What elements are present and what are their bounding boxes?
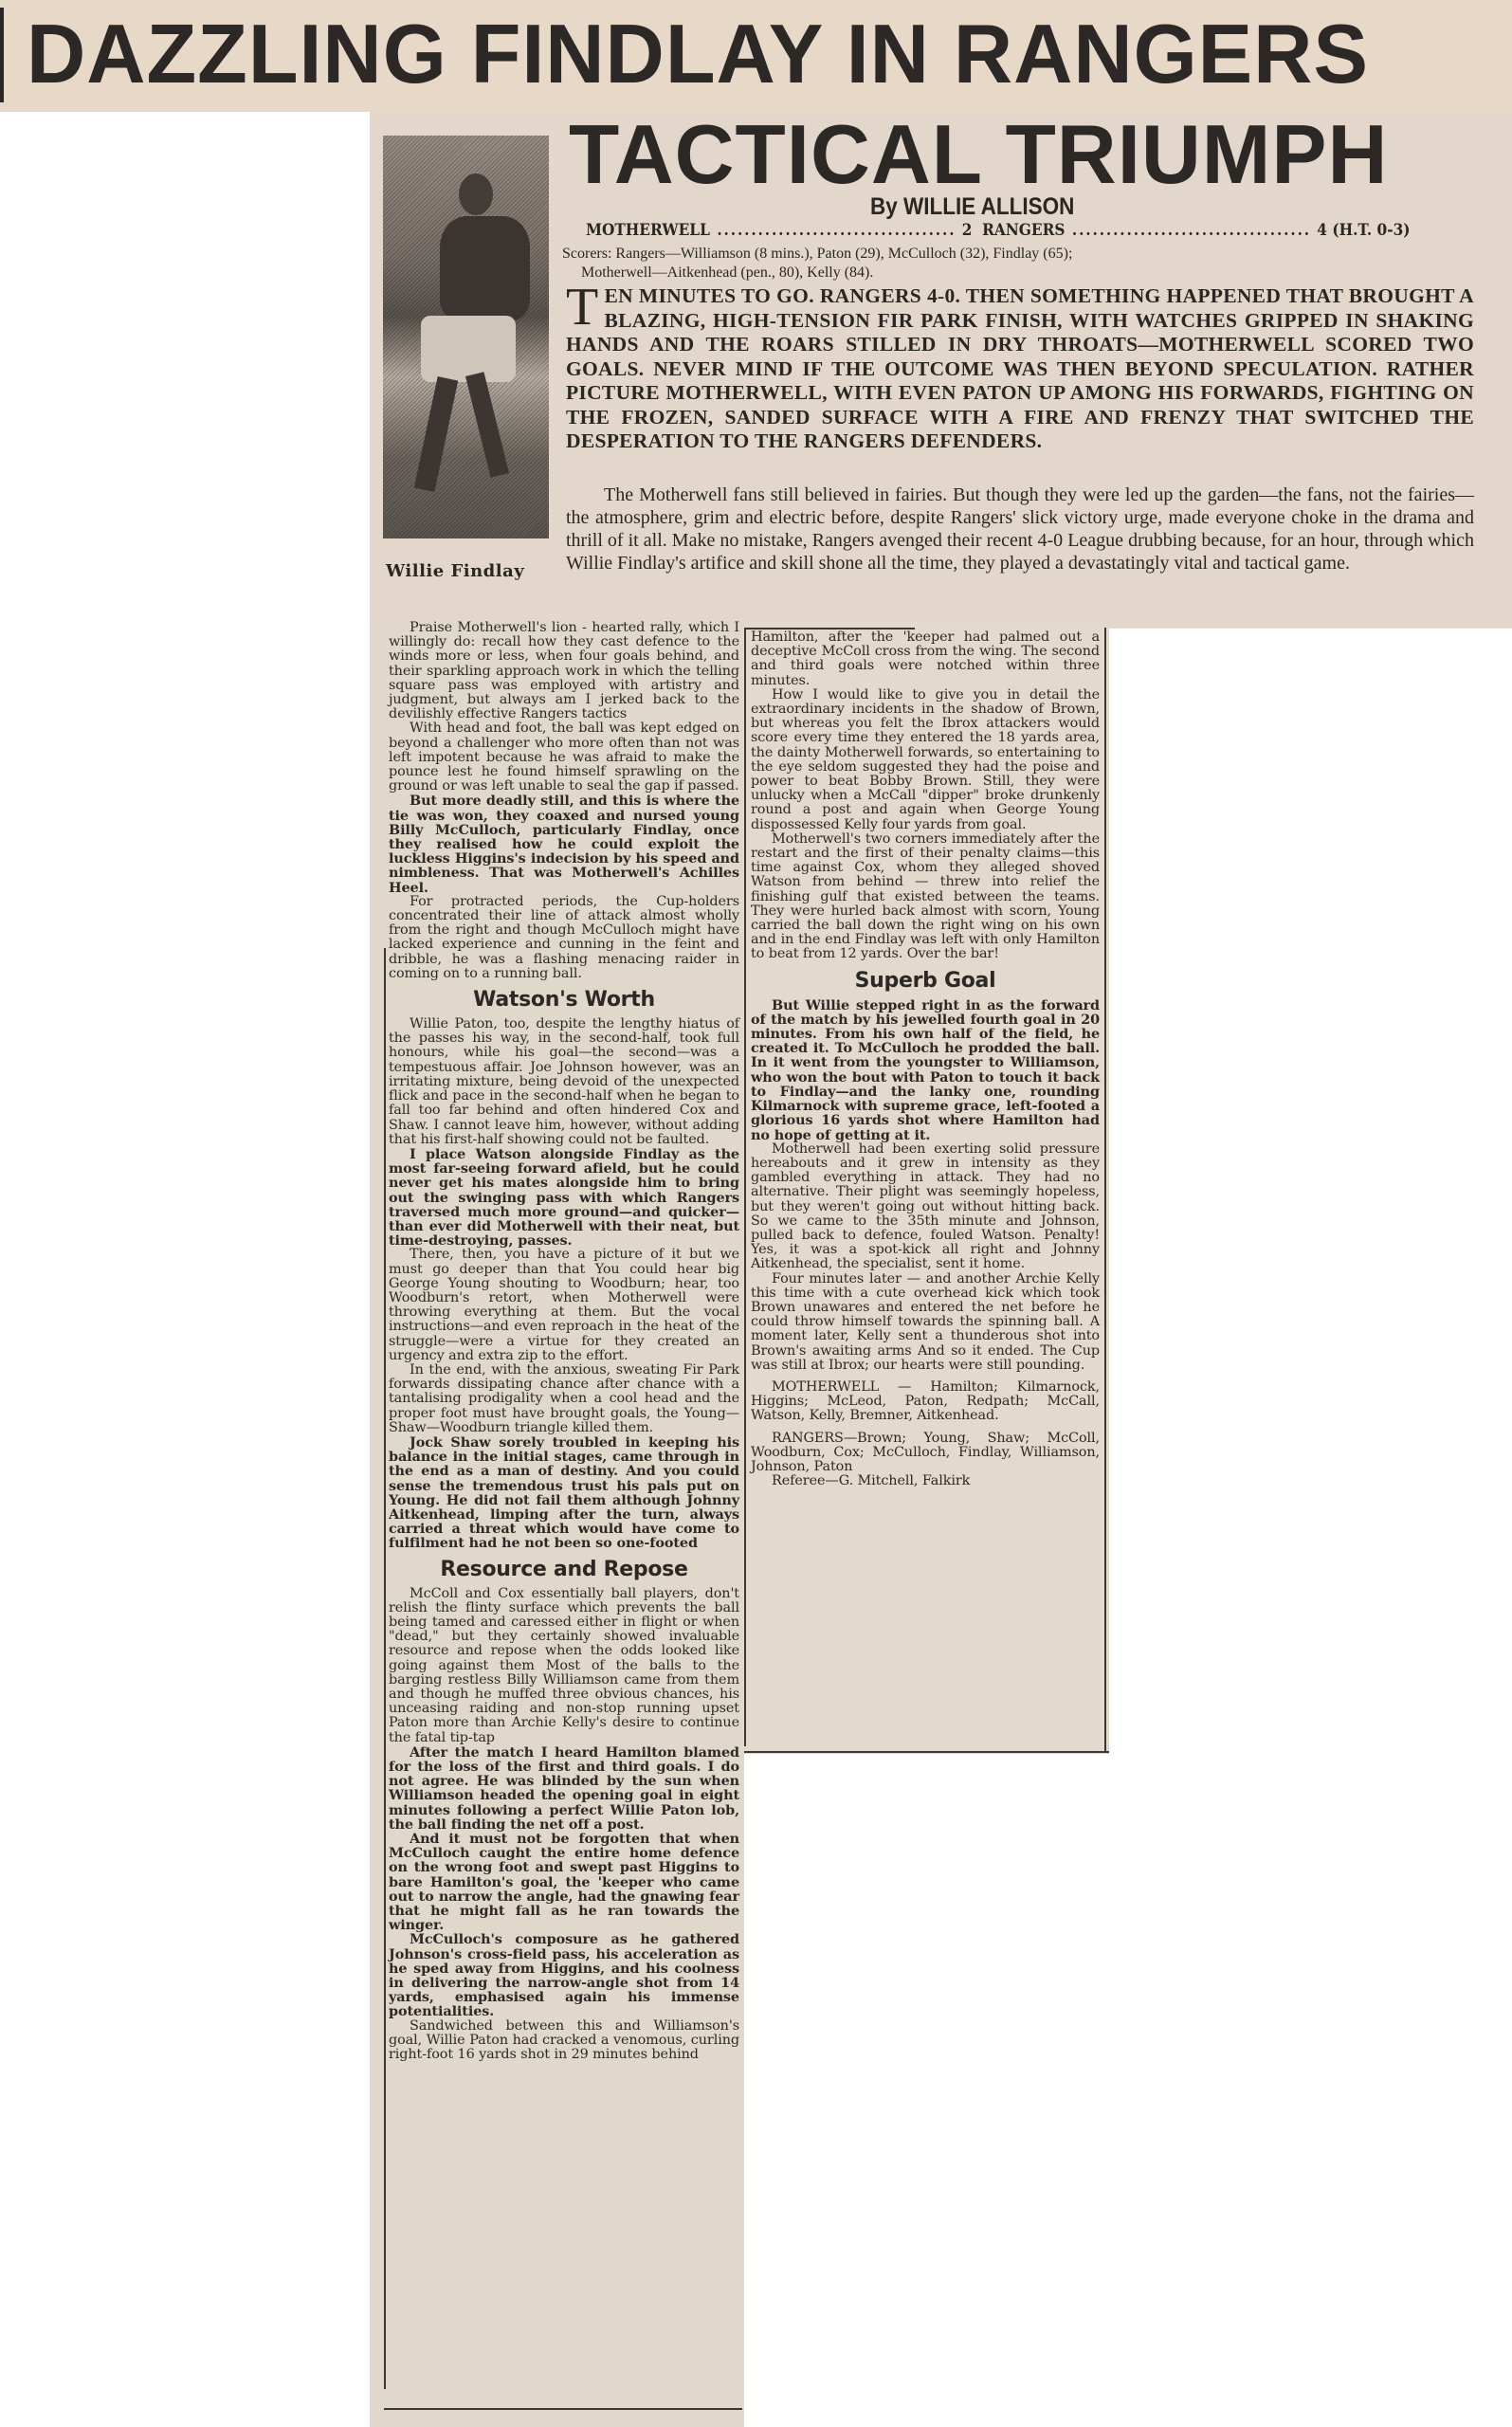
- headline-line-1: DAZZLING FINDLAY IN RANGERS: [27, 6, 1369, 102]
- lead-paragraph: The Motherwell fans still believed in fa…: [566, 484, 1474, 575]
- paragraph: But Willie stepped right in as the forwa…: [751, 998, 1100, 1142]
- column-1: Praise Motherwell's lion - hearted rally…: [389, 621, 739, 2062]
- paragraph: Hamilton, after the 'keeper had palmed o…: [751, 630, 1100, 688]
- photo-figure-leg: [414, 376, 458, 492]
- motherwell-lineup: MOTHERWELL — Hamilton; Kilmarnock, Higgi…: [751, 1380, 1100, 1424]
- paragraph: And it must not be forgotten that when M…: [389, 1832, 739, 1932]
- paragraph: Motherwell's two corners immediately aft…: [751, 832, 1100, 962]
- paragraph: Sandwiched between this and Williamson's…: [389, 2019, 739, 2063]
- score-line: MOTHERWELL .............................…: [586, 221, 1411, 239]
- photo-figure-shorts: [421, 316, 516, 382]
- referee: Referee—G. Mitchell, Falkirk: [751, 1474, 1100, 1488]
- paragraph: There, then, you have a picture of it bu…: [389, 1248, 739, 1363]
- away-goals: 4: [1317, 221, 1327, 239]
- score-leader-dots: ........................................…: [1072, 221, 1310, 239]
- home-goals: 2: [962, 221, 973, 239]
- column-rule: [384, 948, 386, 2389]
- column-rule: [1104, 628, 1106, 1751]
- paragraph: For protracted periods, the Cup-holders …: [389, 895, 739, 981]
- column-rule: [744, 628, 746, 1746]
- score-leader-dots: ........................................…: [717, 221, 955, 239]
- photo-figure-body: [440, 216, 530, 320]
- column-2: Hamilton, after the 'keeper had palmed o…: [751, 630, 1100, 1488]
- paragraph: McCulloch's composure as he gathered Joh…: [389, 1932, 739, 2018]
- scorers-line-1: Scorers: Rangers—Williamson (8 mins.), P…: [562, 245, 1472, 264]
- byline: By WILLIE ALLISON: [870, 193, 1074, 221]
- left-rule: [0, 8, 4, 102]
- paragraph: Four minutes later — and another Archie …: [751, 1272, 1100, 1373]
- paragraph: With head and foot, the ball was kept ed…: [389, 721, 739, 794]
- paragraph: How I would like to give you in detail t…: [751, 688, 1100, 832]
- subheading-resource-and-repose: Resource and Repose: [389, 1557, 739, 1583]
- intro-text: EN MINUTES TO GO. RANGERS 4-0. THEN SOME…: [566, 284, 1474, 452]
- paragraph: I place Watson alongside Findlay as the …: [389, 1147, 739, 1248]
- player-photo: [383, 136, 549, 538]
- photo-caption: Willie Findlay: [386, 561, 524, 581]
- half-time-score: (H.T. 0-3): [1332, 221, 1410, 239]
- scorers: Scorers: Rangers—Williamson (8 mins.), P…: [562, 245, 1472, 283]
- column-rule: [744, 1751, 1109, 1753]
- paragraph: Jock Shaw sorely troubled in keeping his…: [389, 1435, 739, 1551]
- paragraph: In the end, with the anxious, sweating F…: [389, 1363, 739, 1435]
- intro-paragraph: TEN MINUTES TO GO. RANGERS 4-0. THEN SOM…: [566, 284, 1474, 454]
- paragraph: Praise Motherwell's lion - hearted rally…: [389, 621, 739, 721]
- rangers-lineup: RANGERS—Brown; Young, Shaw; McColl, Wood…: [751, 1432, 1100, 1475]
- headline-line-2: TACTICAL TRIUMPH: [569, 106, 1388, 203]
- paragraph: After the match I heard Hamilton blamed …: [389, 1745, 739, 1832]
- paragraph: Motherwell had been exerting solid press…: [751, 1142, 1100, 1272]
- subheading-superb-goal: Superb Goal: [751, 968, 1100, 995]
- paragraph: But more deadly still, and this is where…: [389, 794, 739, 894]
- paragraph: Willie Paton, too, despite the lengthy h…: [389, 1017, 739, 1147]
- subheading-watsons-worth: Watson's Worth: [389, 987, 739, 1013]
- photo-figure-head: [459, 173, 493, 215]
- home-team: MOTHERWELL: [586, 221, 710, 239]
- photo-figure-leg: [465, 372, 509, 478]
- drop-cap: T: [566, 286, 599, 328]
- paragraph: McColl and Cox essentially ball players,…: [389, 1587, 739, 1745]
- away-team: RANGERS: [982, 221, 1065, 239]
- scorers-line-2: Motherwell—Aitkenhead (pen., 80), Kelly …: [562, 264, 1472, 283]
- column-rule: [384, 2408, 742, 2410]
